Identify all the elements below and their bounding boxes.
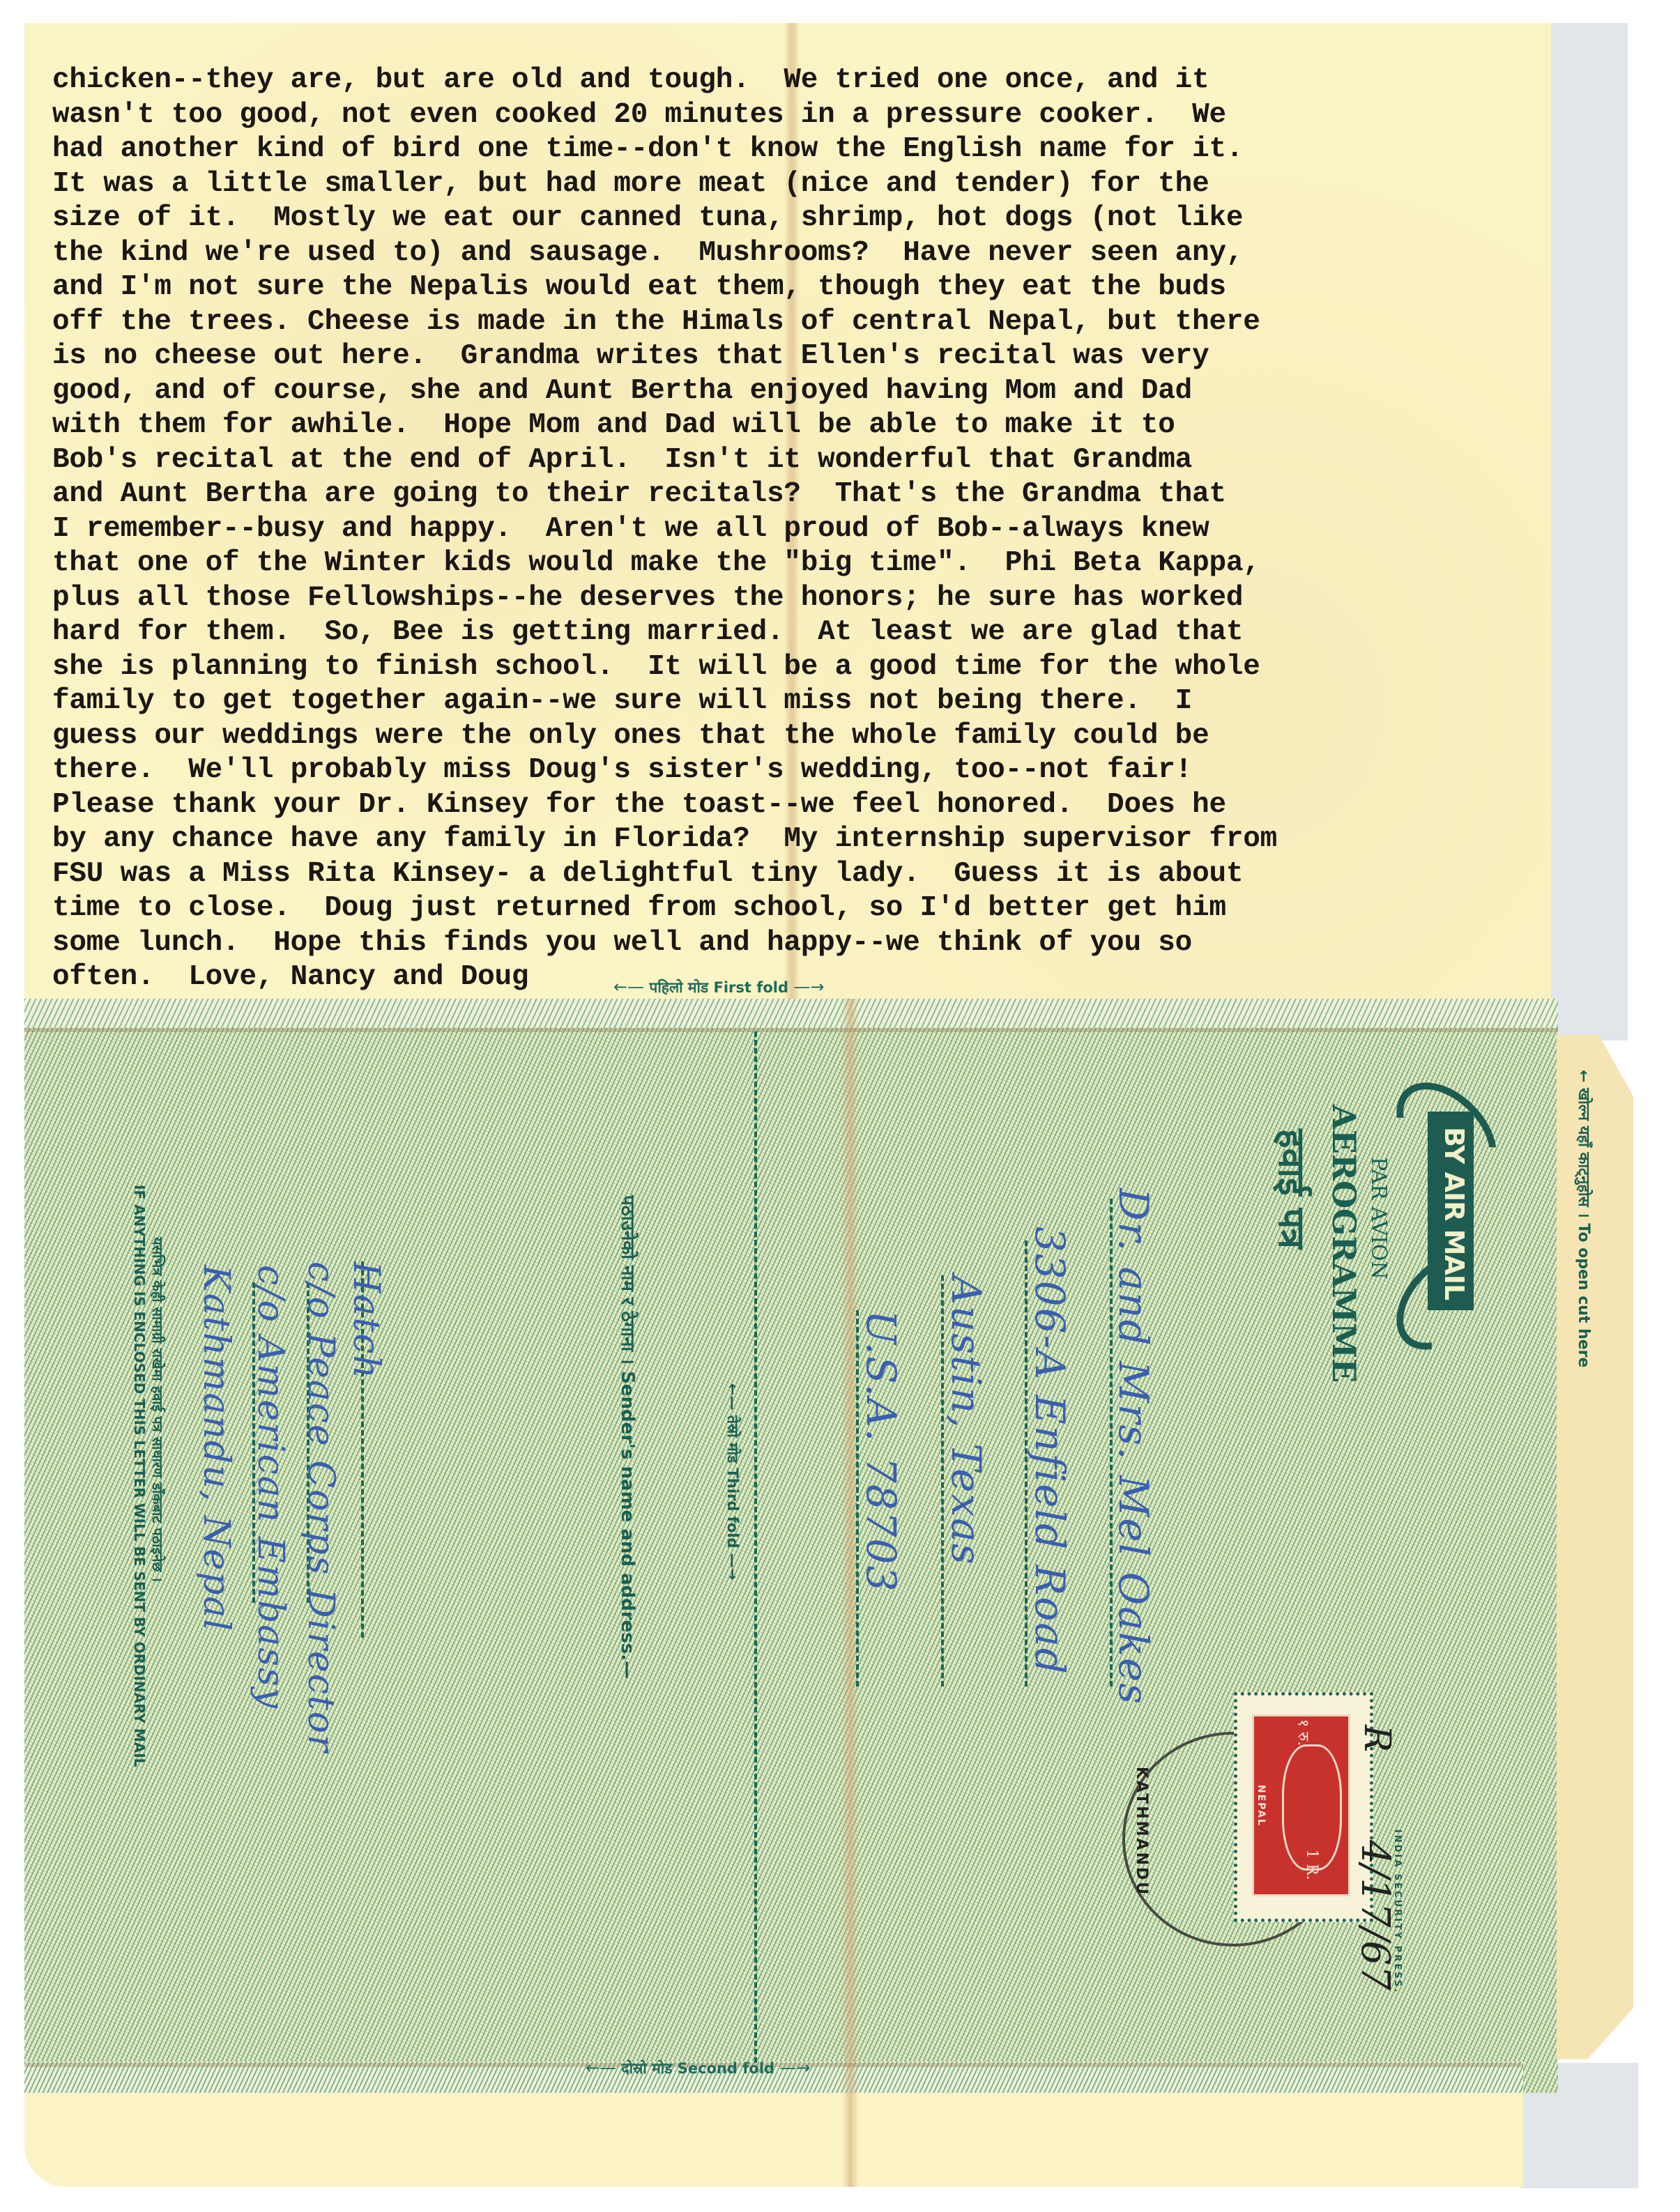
badge-text: BY AIR MAIL [1439,1127,1469,1300]
typed-letter-text: chicken--they are, but are old and tough… [52,63,1277,995]
letter-line: Bob's recital at the end of April. Isn't… [52,443,1277,478]
letter-line: hard for them. So, Bee is getting marrie… [52,615,1277,650]
postmark-text: KATHMANDU [1133,1767,1150,1896]
letter-line: Please thank your Dr. Kinsey for the toa… [52,788,1277,823]
sender-line-3: c/o American Embassy [250,1265,291,1710]
letter-line: with them for awhile. Hope Mom and Dad w… [52,408,1277,443]
letter-line: and I'm not sure the Nepalis would eat t… [52,270,1277,305]
recipient-line-1: Dr. and Mrs. Mel Oakes [1110,1188,1157,1705]
typed-letter-panel: chicken--they are, but are old and tough… [24,23,1551,999]
pencil-date: 4/17/67 [1352,1840,1398,1990]
letter-line: off the trees. Cheese is made in the Him… [52,305,1277,340]
letter-line: had another kind of bird one time--don't… [52,132,1277,167]
arrow-right-icon: —→ [724,1549,741,1581]
recipient-line-3: Austin, Texas [942,1275,990,1566]
arrow-left-icon: ←— [586,2058,616,2077]
letter-line: time to close. Doug just returned from s… [52,891,1277,926]
arrow-left-icon: ←— [613,977,644,997]
letter-line: guess our weddings were the only ones th… [52,719,1277,754]
third-fold-label: ←— तेस्रो मोड Third fold —→ [723,1383,742,1580]
aerogramme-top-strip [24,999,1558,1028]
pencil-mark: R [1356,1725,1398,1752]
third-fold-line [754,1031,757,2063]
par-avion-label: PAR AVION [1366,1157,1391,1280]
letter-line: is no cheese out here. Grandma writes th… [52,339,1277,374]
letter-line: I remember--busy and happy. Aren't we al… [52,512,1277,547]
sender-line-2: c/o Peace Corps Director [300,1261,342,1753]
first-fold-english: First fold [713,979,788,996]
aerogramme-side-flap [1557,1035,1633,2059]
letter-line: size of it. Mostly we eat our canned tun… [52,201,1277,236]
sender-label: पठाउनेको नाम र ठेगाना । Sender's name an… [616,1195,641,1679]
letter-line: the kind we're used to) and sausage. Mus… [52,236,1277,271]
letter-line: some lunch. Hope this finds you well and… [52,926,1277,961]
aerogramme-title-nepali: हवाई पत्र [1268,1129,1318,1249]
aerogramme-bottom-flap [24,2093,1523,2187]
sender-line-1: Hatch [345,1261,387,1380]
by-air-mail-badge: BY AIR MAIL [1428,1112,1474,1310]
stamp-value: 1 R. [1303,1849,1320,1880]
arrow-right-icon: —→ [793,977,824,997]
arrow-left-icon: ←— [724,1383,741,1415]
letter-line: and Aunt Bertha are going to their recit… [52,477,1277,512]
fold-crease [24,1028,1558,1032]
letter-line: by any chance have any family in Florida… [52,822,1277,857]
arrow-up-icon: ← [1575,1070,1592,1088]
letter-line: that one of the Winter kids would make t… [52,546,1277,581]
first-fold-nepali: पहिलो मोड [649,979,708,996]
letter-line: chicken--they are, but are old and tough… [52,63,1277,98]
recipient-line-2: 3306-A Enfield Road [1026,1227,1074,1675]
letter-line: It was a little smaller, but had more me… [52,167,1277,202]
stamp-country: NEPAL [1255,1785,1267,1827]
letter-line: there. We'll probably miss Doug's sister… [52,753,1277,788]
arrow-right-icon: —→ [779,2058,810,2077]
letter-line: wasn't too good, not even cooked 20 minu… [52,98,1277,133]
letter-line: family to get together again--we sure wi… [52,684,1277,719]
second-fold-english: Second fold [678,2060,774,2077]
aerogramme-title: AEROGRAMME [1325,1105,1363,1383]
letter-line: FSU was a Miss Rita Kinsey- a delightful… [52,857,1277,892]
first-fold-label: ←— पहिलो मोड First fold —→ [613,977,824,997]
cut-here-instruction: ← खोल्न यहाँ काट्नुहोस । To open cut her… [1574,1070,1595,1367]
enclosure-warning-nepali: यसभित्र केही सामाग्री राखेमा हवाई पत्र स… [148,1237,167,1582]
postage-stamp: NEPAL १ रु. 1 R. [1252,1714,1350,1896]
sender-line-4: Kathmandu, Nepal [195,1265,237,1632]
enclosure-warning-english: IF ANYTHING IS ENCLOSED THIS LETTER WILL… [131,1185,148,1767]
stamp-value-nepali: १ रु. [1293,1719,1314,1746]
letter-line: good, and of course, she and Aunt Bertha… [52,374,1277,409]
recipient-line-4: U.S.A. 78703 [857,1310,905,1592]
letter-line: plus all those Fellowships--he deserves … [52,581,1277,616]
scanner-background [1551,23,1628,1040]
letter-line: she is planning to finish school. It wil… [52,650,1277,685]
second-fold-label: ←— दोस्रो मोड Second fold —→ [586,2058,810,2078]
second-fold-nepali: दोस्रो मोड [621,2060,672,2077]
